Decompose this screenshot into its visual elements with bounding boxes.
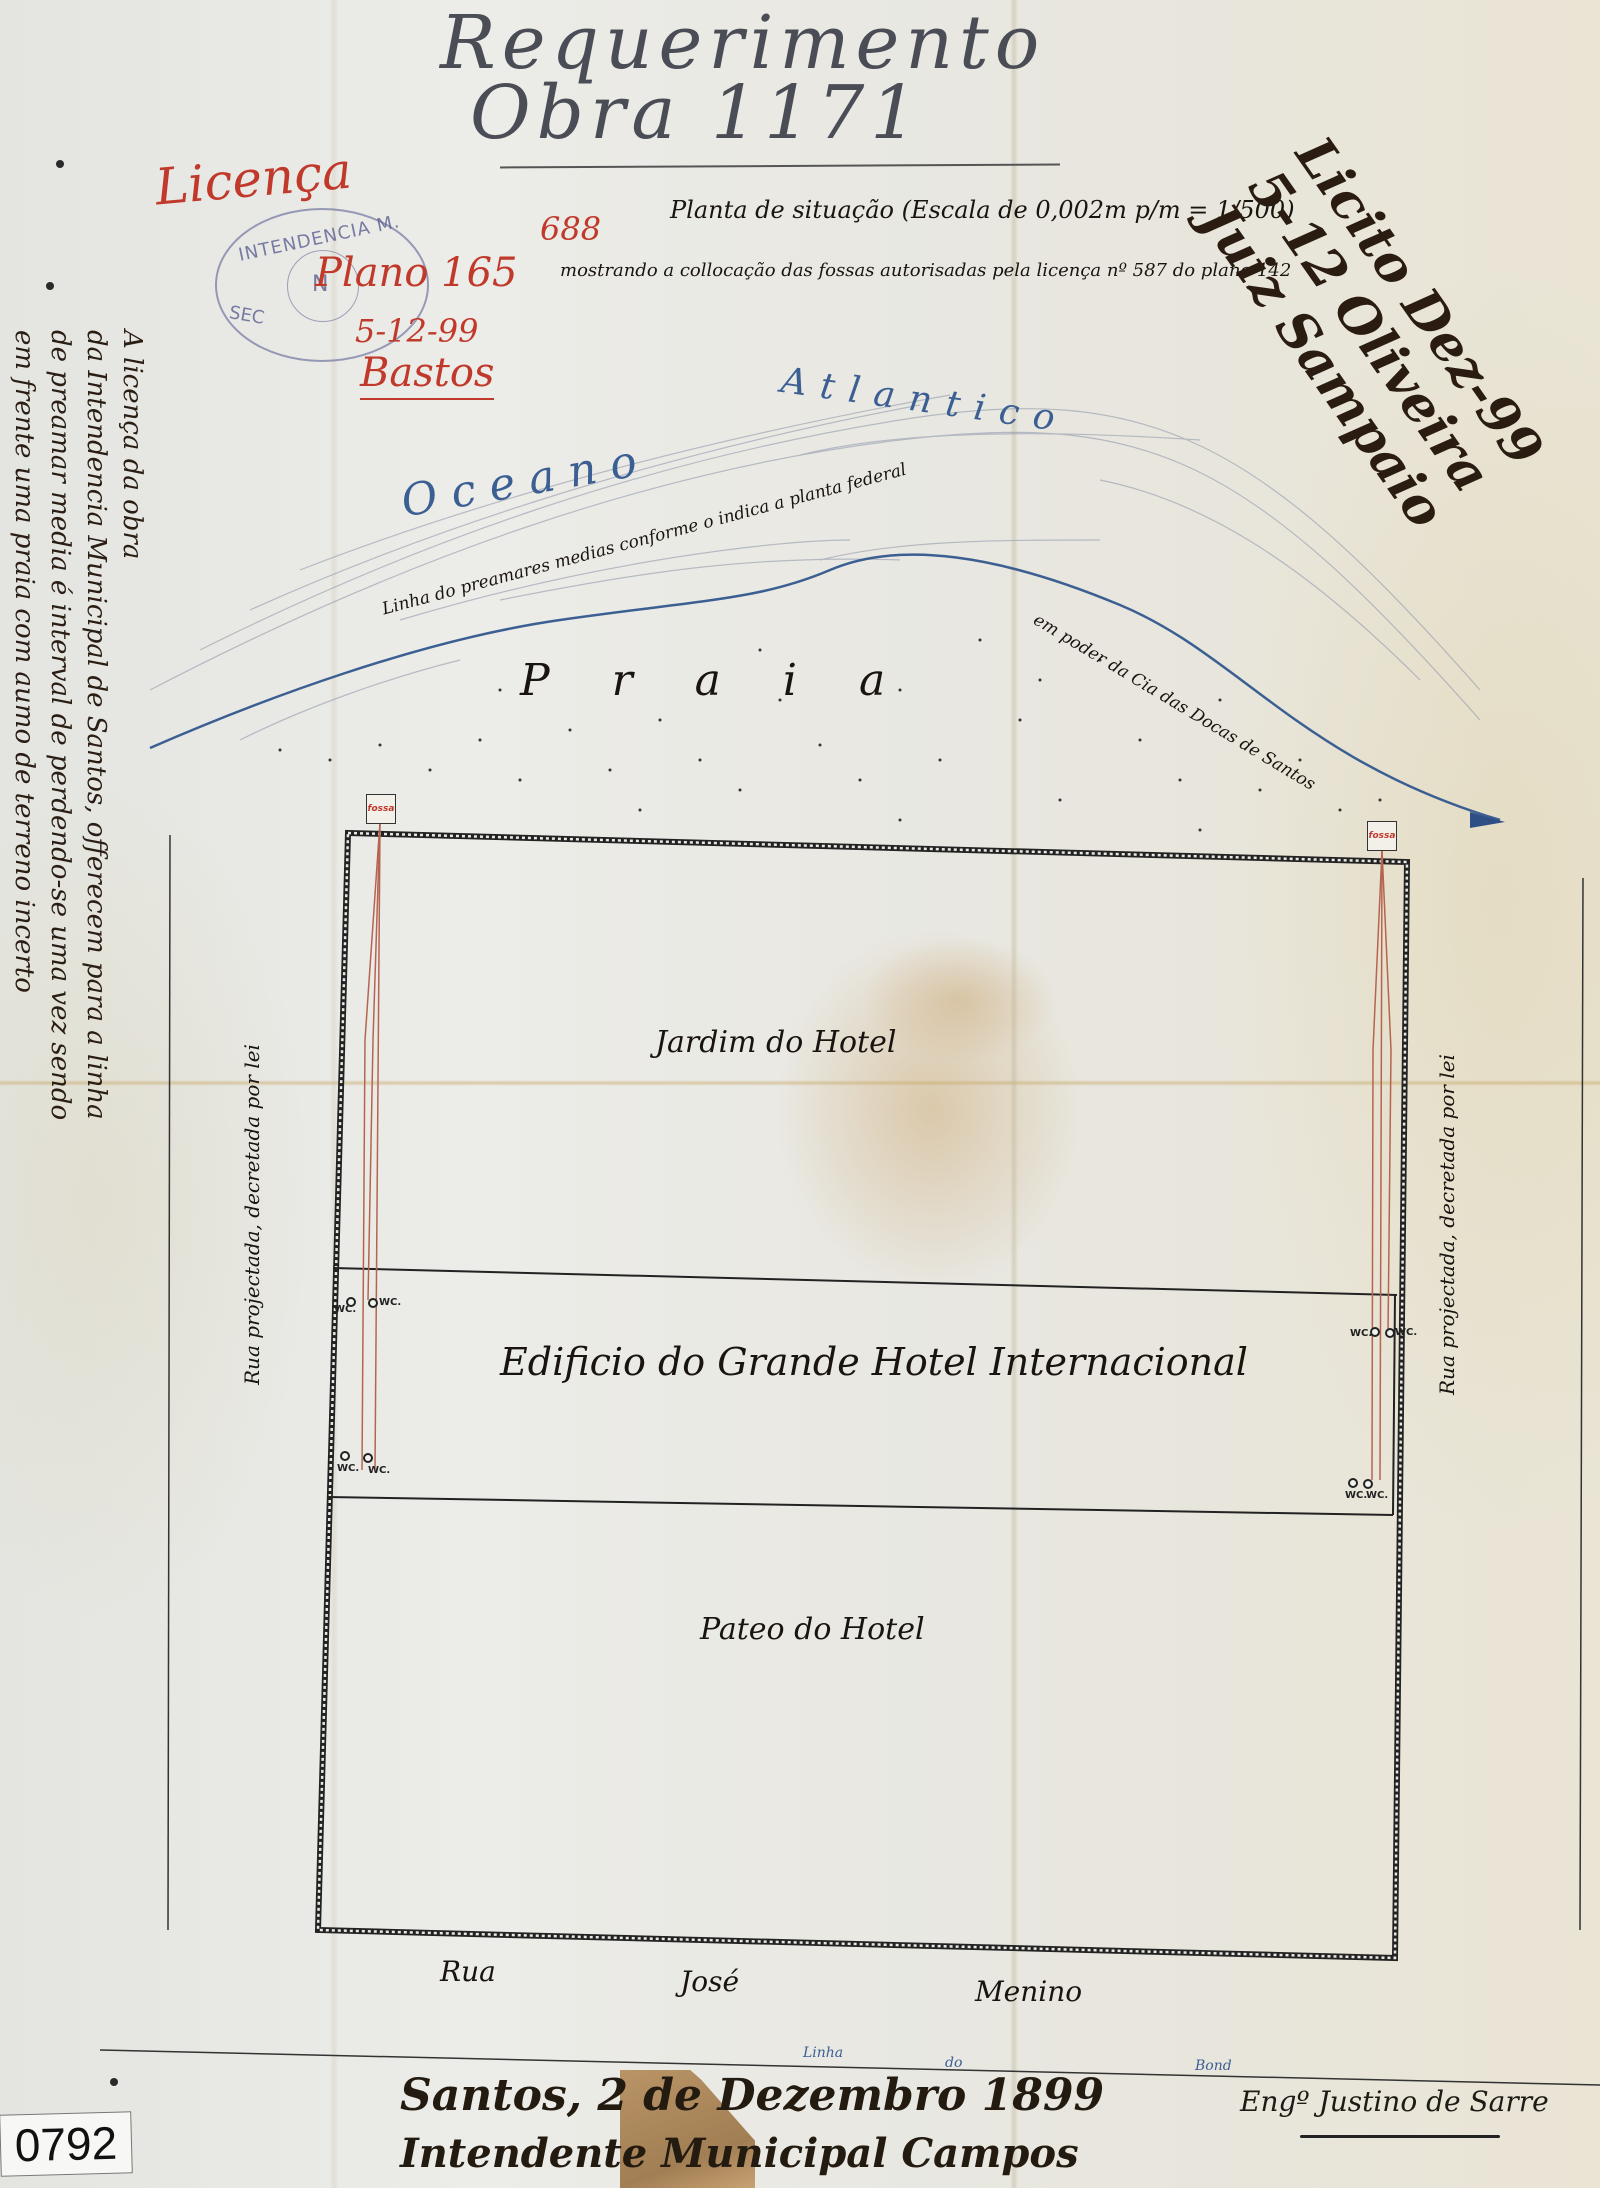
edificio-top-line (333, 1268, 1397, 1295)
plot-boundary (318, 833, 1407, 1958)
pin-hole (56, 160, 64, 168)
street-bottom-word: José (680, 1965, 739, 1998)
zone-jardim-label: Jardim do Hotel (655, 1025, 896, 1060)
beach-label: Praia (520, 655, 947, 706)
street-right-label: Rua projectada, decretada por lei (1435, 1054, 1459, 1395)
wc-circles (341, 1298, 1394, 1488)
zone-pateo-label: Pateo do Hotel (700, 1612, 925, 1647)
zone-edificio-label: Edificio do Grande Hotel Internacional (500, 1340, 1248, 1384)
wc-label: WC. (334, 1304, 356, 1315)
wc-label: WC. (1366, 1490, 1388, 1501)
wc-label: WC. (368, 1465, 390, 1476)
wc-label: WC. (1395, 1327, 1417, 1338)
engineer-signature-flourish (1300, 2135, 1500, 2138)
fossa-marker-left: fossa (366, 794, 396, 824)
wc-label: WC. (1350, 1328, 1372, 1339)
rua-left-line (168, 835, 170, 1930)
rua-right-line (1580, 878, 1583, 1930)
edificio-bottom-line (328, 1497, 1393, 1515)
wc-label: WC. (1345, 1490, 1367, 1501)
signatory: Intendente Municipal Campos (400, 2130, 1079, 2177)
pin-hole (110, 2078, 118, 2086)
wc-label: WC. (379, 1297, 401, 1308)
street-left-label: Rua projectada, decretada por lei (240, 1044, 264, 1385)
archive-tag: 0792 (0, 2111, 133, 2176)
place-date: Santos, 2 de Dezembro 1899 (400, 2070, 1104, 2121)
tram-line-word: Linha (803, 2045, 843, 2061)
wc-label: WC. (337, 1463, 359, 1474)
pin-hole (46, 282, 54, 290)
engineer-signature: Engº Justino de Sarre (1240, 2085, 1549, 2118)
street-bottom-word: Rua (440, 1955, 496, 1988)
fossa-marker-right: fossa (1367, 821, 1397, 851)
tram-line-word: do (945, 2055, 962, 2071)
tram-line-word: Bond (1195, 2058, 1232, 2074)
street-bottom-word: Menino (975, 1975, 1082, 2008)
